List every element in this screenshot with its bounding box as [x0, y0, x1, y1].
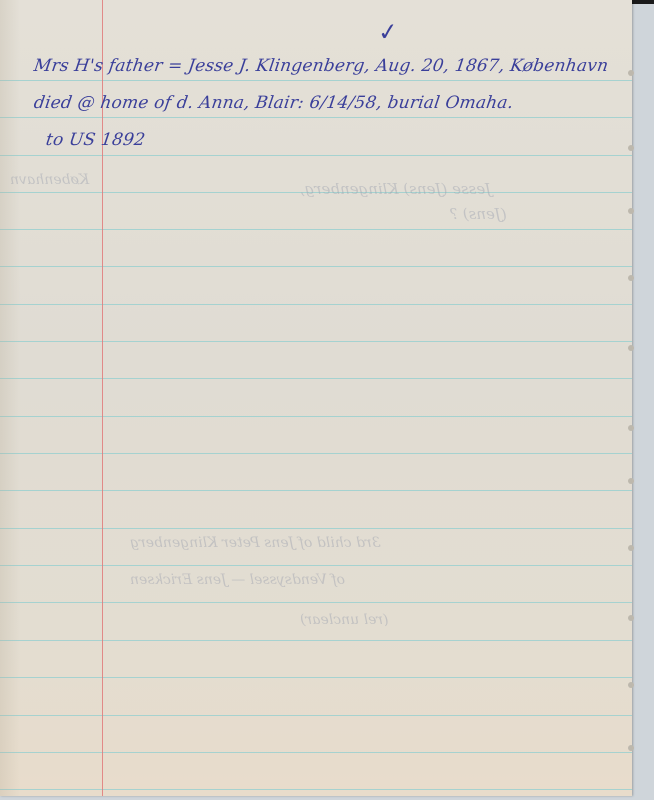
rule-line	[0, 640, 632, 641]
rule-line	[0, 490, 632, 491]
rule-line	[0, 80, 632, 81]
binding-perforation	[628, 545, 634, 551]
scan-edge-strip	[630, 0, 654, 4]
handwritten-line-1: Mrs H's father = Jesse J. Klingenberg, A…	[33, 56, 610, 76]
bleed-through-text: 3rd child of Jens Peter Klingenberg	[130, 535, 381, 551]
rule-line	[0, 752, 632, 753]
binding-perforation	[628, 70, 634, 76]
handwritten-line-3: to US 1892	[45, 130, 147, 150]
scanned-document: Jesse (Jens) Klingenberg, (Jens) ? Køben…	[0, 0, 654, 800]
binding-perforation	[628, 275, 634, 281]
binding-perforation	[628, 682, 634, 688]
rule-line	[0, 304, 632, 305]
handwritten-line-2: died @ home of d. Anna, Blair: 6/14/58, …	[33, 93, 515, 113]
rule-line	[0, 565, 632, 566]
rule-line	[0, 602, 632, 603]
rule-line	[0, 677, 632, 678]
rule-line	[0, 117, 632, 118]
binding-perforation	[628, 615, 634, 621]
binding-perforation	[628, 145, 634, 151]
rule-line	[0, 266, 632, 267]
binding-perforation	[628, 478, 634, 484]
rule-line	[0, 341, 632, 342]
bleed-through-text: København	[10, 172, 89, 188]
rule-line	[0, 229, 632, 230]
bleed-through-text: of Vendsyssel — Jens Ericksen	[130, 572, 345, 588]
rule-line	[0, 528, 632, 529]
bleed-through-text: (Jens) ?	[450, 205, 507, 223]
rule-line	[0, 416, 632, 417]
bleed-through-text: (rel unclear)	[300, 612, 389, 628]
rule-line	[0, 378, 632, 379]
notebook-page: Jesse (Jens) Klingenberg, (Jens) ? Køben…	[0, 0, 632, 796]
rule-line	[0, 453, 632, 454]
rule-line	[0, 155, 632, 156]
binding-perforation	[628, 425, 634, 431]
binding-perforation	[628, 345, 634, 351]
rule-line	[0, 715, 632, 716]
margin-line	[102, 0, 103, 796]
checkmark-icon: ✓	[377, 17, 400, 47]
bleed-through-text: Jesse (Jens) Klingenberg,	[300, 180, 491, 198]
binding-perforation	[628, 208, 634, 214]
rule-line	[0, 789, 632, 790]
binding-perforation	[628, 745, 634, 751]
